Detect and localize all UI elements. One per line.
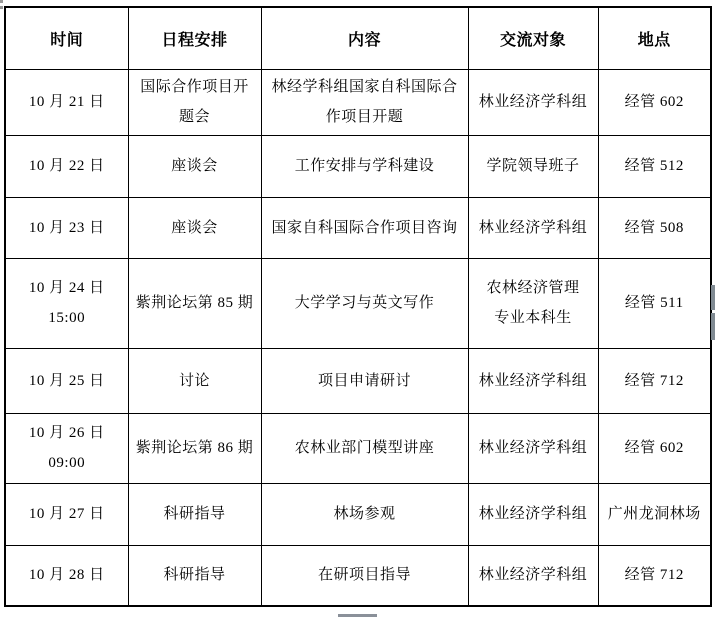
table-cell: 林业经济学科组 <box>468 348 598 413</box>
table-row: 10 月 27 日科研指导林场参观林业经济学科组广州龙洞林场 <box>5 483 711 545</box>
table-cell: 林场参观 <box>261 483 468 545</box>
table-cell: 经管 512 <box>598 135 711 197</box>
schedule-table-body: 时间日程安排内容交流对象地点10 月 21 日国际合作项目开 题会林经学科组国家… <box>5 7 711 606</box>
table-cell: 经管 712 <box>598 545 711 606</box>
table-row: 10 月 24 日 15:00紫荆论坛第 85 期大学学习与英文写作农林经济管理… <box>5 258 711 348</box>
table-cell: 科研指导 <box>128 545 261 606</box>
vertical-scrollbar-thumb[interactable] <box>711 285 715 340</box>
table-cell: 经管 508 <box>598 197 711 258</box>
table-row: 10 月 21 日国际合作项目开 题会林经学科组国家自科国际合 作项目开题林业经… <box>5 69 711 135</box>
table-cell: 林业经济学科组 <box>468 69 598 135</box>
table-cell: 10 月 25 日 <box>5 348 128 413</box>
table-cell: 林经学科组国家自科国际合 作项目开题 <box>261 69 468 135</box>
vertical-scrollbar-thumb-segment <box>711 313 715 340</box>
table-cell: 林业经济学科组 <box>468 413 598 483</box>
table-cell: 紫荆论坛第 86 期 <box>128 413 261 483</box>
table-cell: 10 月 28 日 <box>5 545 128 606</box>
table-cell: 大学学习与英文写作 <box>261 258 468 348</box>
table-cell: 林业经济学科组 <box>468 545 598 606</box>
table-cell: 讨论 <box>128 348 261 413</box>
table-cell: 农林经济管理 专业本科生 <box>468 258 598 348</box>
table-cell: 科研指导 <box>128 483 261 545</box>
table-cell: 10 月 21 日 <box>5 69 128 135</box>
horizontal-scrollbar-thumb[interactable] <box>338 614 377 617</box>
corner-artifact-icon <box>0 0 3 3</box>
table-cell: 紫荆论坛第 85 期 <box>128 258 261 348</box>
column-header: 日程安排 <box>128 7 261 69</box>
column-header: 时间 <box>5 7 128 69</box>
corner-artifact-icon <box>0 6 3 9</box>
table-cell: 10 月 24 日 15:00 <box>5 258 128 348</box>
table-cell: 经管 602 <box>598 69 711 135</box>
table-row: 10 月 25 日讨论项目申请研讨林业经济学科组经管 712 <box>5 348 711 413</box>
schedule-table-container: 时间日程安排内容交流对象地点10 月 21 日国际合作项目开 题会林经学科组国家… <box>4 6 712 607</box>
table-cell: 10 月 23 日 <box>5 197 128 258</box>
column-header: 交流对象 <box>468 7 598 69</box>
column-header: 内容 <box>261 7 468 69</box>
table-cell: 学院领导班子 <box>468 135 598 197</box>
table-row: 10 月 26 日 09:00紫荆论坛第 86 期农林业部门模型讲座林业经济学科… <box>5 413 711 483</box>
table-cell: 林业经济学科组 <box>468 197 598 258</box>
table-cell: 林业经济学科组 <box>468 483 598 545</box>
table-cell: 经管 602 <box>598 413 711 483</box>
header-row: 时间日程安排内容交流对象地点 <box>5 7 711 69</box>
column-header: 地点 <box>598 7 711 69</box>
vertical-scrollbar-thumb-segment <box>711 285 715 310</box>
schedule-table: 时间日程安排内容交流对象地点10 月 21 日国际合作项目开 题会林经学科组国家… <box>4 6 712 607</box>
table-row: 10 月 22 日座谈会工作安排与学科建设学院领导班子经管 512 <box>5 135 711 197</box>
table-cell: 农林业部门模型讲座 <box>261 413 468 483</box>
document-page: 时间日程安排内容交流对象地点10 月 21 日国际合作项目开 题会林经学科组国家… <box>0 0 715 618</box>
table-cell: 国家自科国际合作项目咨询 <box>261 197 468 258</box>
table-cell: 经管 511 <box>598 258 711 348</box>
table-cell: 广州龙洞林场 <box>598 483 711 545</box>
table-cell: 10 月 27 日 <box>5 483 128 545</box>
table-cell: 国际合作项目开 题会 <box>128 69 261 135</box>
table-row: 10 月 23 日座谈会国家自科国际合作项目咨询林业经济学科组经管 508 <box>5 197 711 258</box>
table-cell: 座谈会 <box>128 197 261 258</box>
table-cell: 在研项目指导 <box>261 545 468 606</box>
table-row: 10 月 28 日科研指导在研项目指导林业经济学科组经管 712 <box>5 545 711 606</box>
table-cell: 10 月 26 日 09:00 <box>5 413 128 483</box>
table-cell: 经管 712 <box>598 348 711 413</box>
table-cell: 项目申请研讨 <box>261 348 468 413</box>
table-cell: 座谈会 <box>128 135 261 197</box>
table-cell: 工作安排与学科建设 <box>261 135 468 197</box>
table-cell: 10 月 22 日 <box>5 135 128 197</box>
